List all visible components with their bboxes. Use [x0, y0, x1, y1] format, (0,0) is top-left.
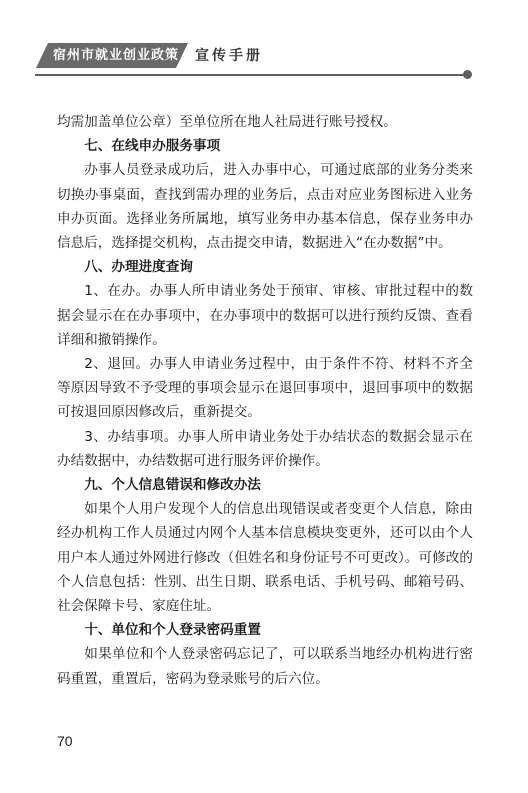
banner-title: 宿州市就业创业政策: [53, 46, 179, 65]
header-subtitle: 宣传手册: [195, 47, 263, 66]
paragraph-continuation: 均需加盖单位公章）至单位所在地人社局进行账号授权。: [57, 110, 473, 134]
section-heading-8: 八、办理进度查询: [57, 255, 473, 279]
section-heading-7: 七、在线申办服务事项: [57, 134, 473, 158]
page-number: 70: [57, 733, 73, 749]
section-heading-10: 十、单位和个人登录密码重置: [57, 618, 473, 642]
page-content: 均需加盖单位公章）至单位所在地人社局进行账号授权。 七、在线申办服务事项 办事人…: [57, 110, 473, 691]
header-divider: [35, 74, 467, 76]
page-header: 宿州市就业创业政策 宣传手册: [0, 0, 528, 90]
paragraph: 1、在办。办事人所申请业务处于预审、审核、审批过程中的数据会显示在在办事项中，在…: [57, 279, 473, 352]
paragraph: 2、退回。办事人申请业务过程中，由于条件不符、材料不齐全等原因导致不予受理的事项…: [57, 352, 473, 425]
paragraph: 办事人员登录成功后，进入办事中心，可通过底部的业务分类来切换办事桌面，查找到需办…: [57, 158, 473, 255]
paragraph: 3、办结事项。办事人所申请业务处于办结状态的数据会显示在办结数据中，办结数据可进…: [57, 425, 473, 473]
paragraph: 如果个人用户发现个人的信息出现错误或者变更个人信息，除由经办机构工作人员通过内网…: [57, 497, 473, 618]
section-heading-9: 九、个人信息错误和修改办法: [57, 473, 473, 497]
divider-dot-icon: [463, 70, 472, 79]
paragraph: 如果单位和个人登录密码忘记了，可以联系当地经办机构进行密码重置，重置后，密码为登…: [57, 642, 473, 690]
